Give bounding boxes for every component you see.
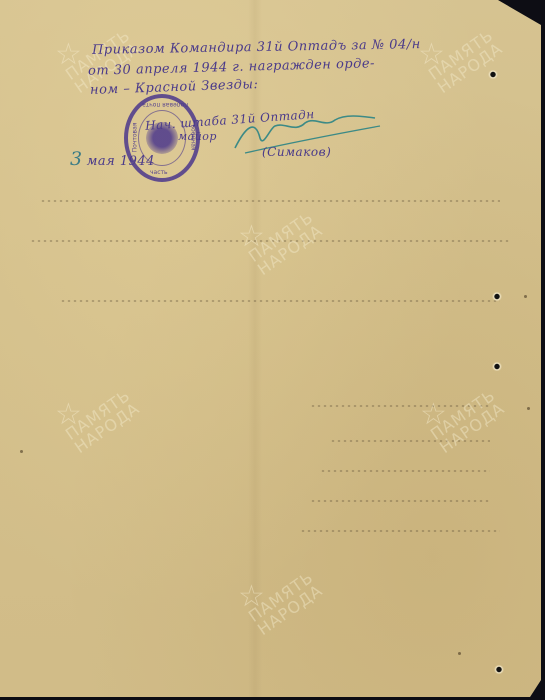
punch-hole — [488, 70, 498, 79]
faded-text-row — [310, 405, 490, 407]
watermark-text: НАРОДА — [435, 40, 505, 96]
order-line-2: от 30 апреля 1944 г. награжден орде- — [88, 56, 375, 79]
paper-speck — [527, 407, 530, 410]
order-line-1: Приказом Командира 31й Оптадъ за № 04/н — [92, 37, 421, 58]
watermark-text: НАРОДА — [437, 400, 507, 456]
watermark: ☆ ПАМЯТЬНАРОДА — [420, 400, 530, 510]
document-page: ☆ ПАМЯТЬНАРОДА ☆ ПАМЯТЬНАРОДА ☆ ПАМЯТЬНА… — [0, 0, 541, 697]
sign-date-rest: мая 1944 — [87, 154, 155, 169]
punch-hole — [492, 362, 502, 371]
paper-speck — [458, 652, 461, 655]
stamp-text-top: полевая почта — [142, 101, 188, 108]
watermark-text: НАРОДА — [72, 400, 142, 456]
paper-speck — [20, 450, 23, 453]
faded-text-row — [320, 470, 490, 472]
watermark-text: ПАМЯТЬ — [428, 387, 498, 443]
star-icon: ☆ — [55, 400, 82, 430]
paper-speck — [524, 295, 527, 298]
stamp-text-bottom: часть — [150, 169, 168, 176]
order-line-3: ном – Красной Звезды: — [90, 77, 259, 98]
watermark: ☆ ПАМЯТЬНАРОДА — [418, 40, 528, 150]
watermark-text: ПАМЯТЬ — [63, 387, 133, 443]
star-icon: ☆ — [418, 40, 445, 70]
faded-text-row — [310, 500, 490, 502]
signer-rank: майор — [178, 130, 217, 143]
faded-text-row — [330, 440, 490, 442]
signer-name: (Симаков) — [262, 145, 331, 159]
faded-text-row — [60, 300, 500, 302]
watermark-text: НАРОДА — [255, 222, 325, 278]
star-icon: ☆ — [55, 40, 82, 70]
faded-text-row — [300, 530, 500, 532]
paper-crease — [248, 0, 262, 697]
sign-date-day: 3 — [70, 148, 83, 170]
sign-date: 3мая 1944 — [70, 148, 155, 170]
watermark-text: НАРОДА — [255, 582, 325, 638]
punch-hole — [492, 292, 502, 301]
watermark: ☆ ПАМЯТЬНАРОДА — [55, 400, 165, 510]
faded-text-row — [30, 240, 510, 242]
watermark-text: ПАМЯТЬ — [426, 27, 496, 83]
punch-hole — [494, 665, 504, 674]
faded-text-row — [40, 200, 500, 202]
